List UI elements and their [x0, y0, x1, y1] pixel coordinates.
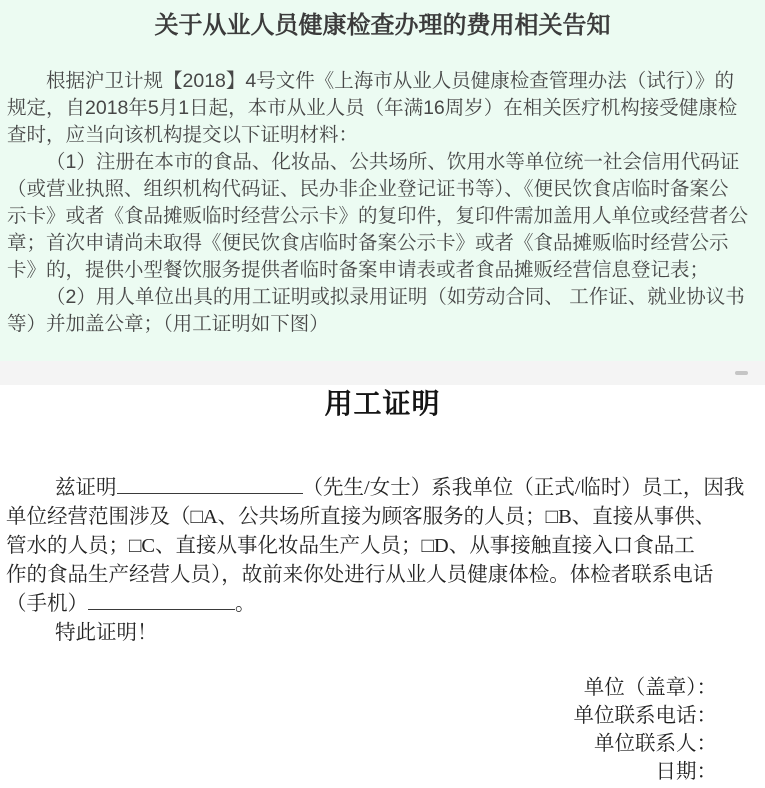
line-text: （先生/女士）系我单位（正式/临时）员工，因我 — [303, 477, 745, 499]
line-text: （手机） — [6, 593, 88, 615]
certificate-line: 管水的人员；□C、直接从事化妆品生产人员；□D、从事接触直接入口食品工 — [6, 532, 759, 561]
section-divider — [0, 361, 765, 385]
notice-section: 关于从业人员健康检查办理的费用相关告知 根据沪卫计规【2018】4号文件《上海市… — [0, 0, 765, 361]
notice-line: （或营业执照、组织机构代码证、民办非企业登记证书等）、《便民饮食店临时备案公 — [7, 176, 758, 203]
page-title: 关于从业人员健康检查办理的费用相关告知 — [7, 0, 758, 43]
signature-line-unit-phone: 单位联系电话： — [0, 702, 717, 730]
line-text: 。 — [235, 593, 256, 615]
certificate-section: 用工证明 兹证明（先生/女士）系我单位（正式/临时）员工，因我 单位经营范围涉及… — [0, 385, 765, 786]
notice-line: 查时，应当向该机构提交以下证明材料： — [7, 122, 758, 149]
certificate-line: 单位经营范围涉及（□A、公共场所直接为顾客服务的人员；□B、直接从事供、 — [6, 503, 759, 532]
notice-line: 根据沪卫计规【2018】4号文件《上海市从业人员健康检查管理办法（试行）》的 — [7, 68, 758, 95]
signature-line-unit-contact: 单位联系人： — [0, 730, 717, 758]
certificate-line: （手机）。 — [6, 590, 759, 619]
notice-line: 规定，自2018年5月1日起，本市从业人员（年满16周岁）在相关医疗机构接受健康… — [7, 95, 758, 122]
certificate-title: 用工证明 — [0, 385, 765, 421]
notice-line: （2）用人单位出具的用工证明或拟录用证明（如劳动合同、 工作证、就业协议书 — [7, 284, 758, 311]
notice-line: （1）注册在本市的食品、化妆品、公共场所、饮用水等单位统一社会信用代码证 — [7, 149, 758, 176]
notice-line: 等）并加盖公章；（用工证明如下图） — [7, 311, 758, 338]
certificate-line: 兹证明（先生/女士）系我单位（正式/临时）员工，因我 — [6, 474, 759, 503]
certificate-body: 兹证明（先生/女士）系我单位（正式/临时）员工，因我 单位经营范围涉及（□A、公… — [0, 474, 765, 648]
signature-block: 单位（盖章）： 单位联系电话： 单位联系人： 日期： — [0, 674, 765, 786]
scrollbar-thumb-icon[interactable] — [735, 371, 748, 375]
certificate-line: 作的食品生产经营人员），故前来你处进行从业人员健康体检。体检者联系电话 — [6, 561, 759, 590]
certificate-line: 特此证明！ — [6, 619, 759, 648]
signature-line-date: 日期： — [0, 758, 717, 786]
line-text: 兹证明 — [55, 477, 117, 499]
phone-blank-underline — [88, 590, 235, 610]
name-blank-underline — [117, 474, 303, 494]
notice-line: 示卡》或者《食品摊贩临时经营公示卡》的复印件，复印件需加盖用人单位或经营者公 — [7, 203, 758, 230]
notice-body: 根据沪卫计规【2018】4号文件《上海市从业人员健康检查管理办法（试行）》的 规… — [7, 68, 758, 338]
signature-line-unit-seal: 单位（盖章）： — [0, 674, 717, 702]
notice-line: 卡》的，提供小型餐饮服务提供者临时备案申请表或者食品摊贩经营信息登记表； — [7, 257, 758, 284]
notice-line: 章；首次申请尚未取得《便民饮食店临时备案公示卡》或者《食品摊贩临时经营公示 — [7, 230, 758, 257]
document-page: 关于从业人员健康检查办理的费用相关告知 根据沪卫计规【2018】4号文件《上海市… — [0, 0, 765, 788]
